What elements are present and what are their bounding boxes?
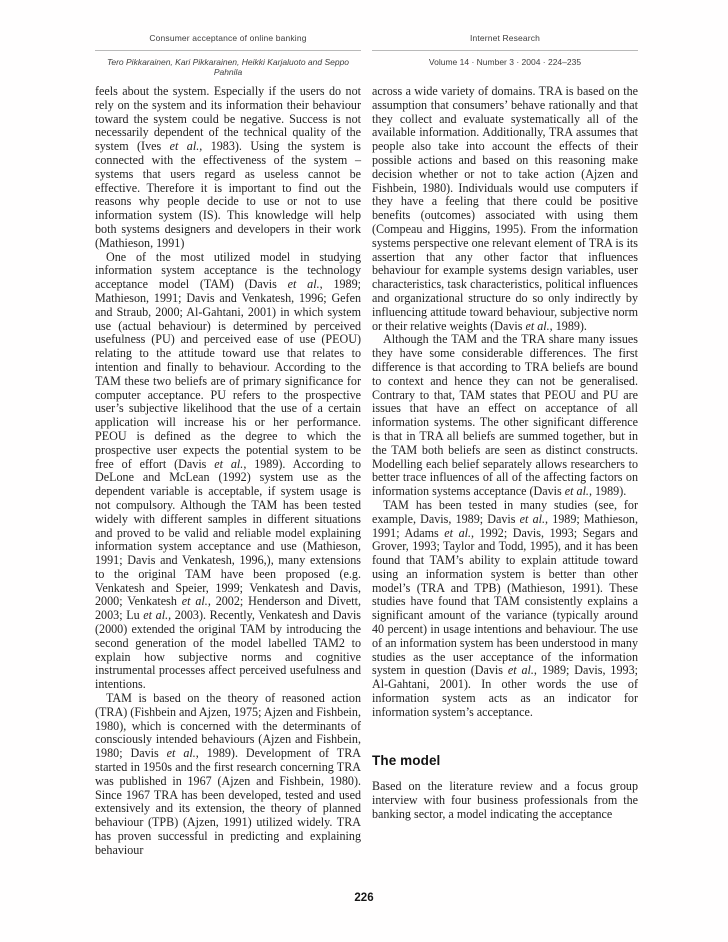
body-paragraph: Although the TAM and the TRA share many … [372, 333, 638, 499]
body-paragraph: TAM has been tested in many studies (see… [372, 499, 638, 720]
section-heading: The model [372, 754, 638, 768]
page-number: 226 [0, 892, 728, 904]
running-header-left: Consumer acceptance of online banking Te… [95, 33, 361, 77]
paper-page: Consumer acceptance of online banking Te… [0, 0, 728, 942]
running-header-article-title: Consumer acceptance of online banking [95, 33, 361, 51]
text-column-right: across a wide variety of domains. TRA is… [372, 85, 638, 822]
running-header-right: Internet Research Volume 14 · Number 3 ·… [372, 33, 638, 67]
running-header-journal-title: Internet Research [372, 33, 638, 51]
body-paragraph: One of the most utilized model in studyi… [95, 251, 361, 693]
body-paragraph: TAM is based on the theory of reasoned a… [95, 692, 361, 858]
body-paragraph: Based on the literature review and a foc… [372, 780, 638, 821]
running-header-authors: Tero Pikkarainen, Kari Pikkarainen, Heik… [95, 51, 361, 77]
body-paragraph: feels about the system. Especially if th… [95, 85, 361, 251]
body-paragraph: across a wide variety of domains. TRA is… [372, 85, 638, 333]
text-column-left: feels about the system. Especially if th… [95, 85, 361, 858]
running-header-issue-info: Volume 14 · Number 3 · 2004 · 224–235 [372, 51, 638, 67]
